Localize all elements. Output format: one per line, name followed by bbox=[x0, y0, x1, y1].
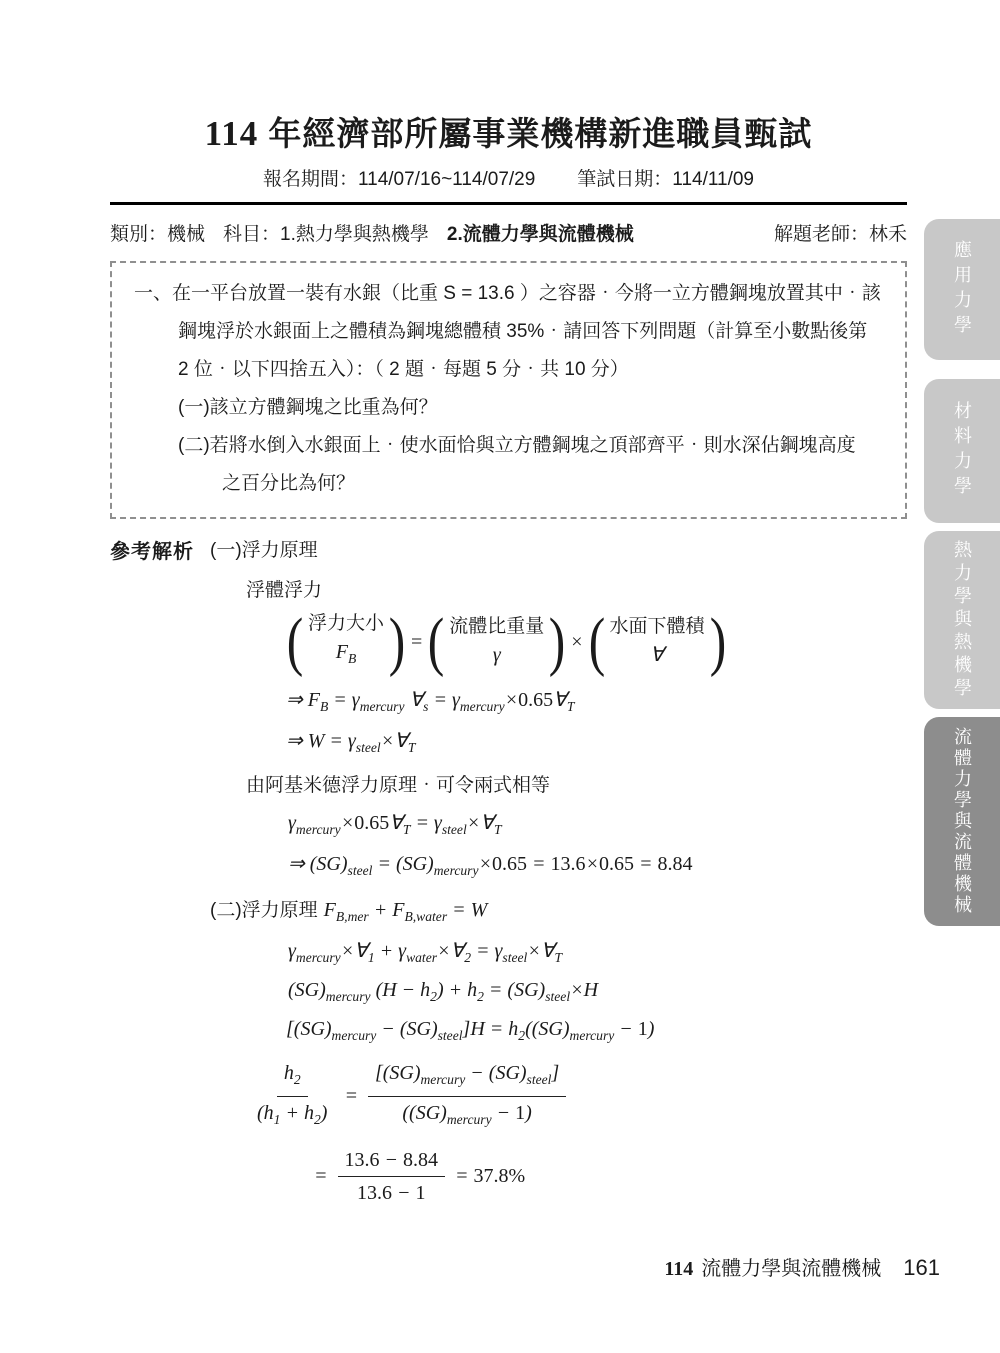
equation-sg-heights: (SG)mercury (H − h2) + h2 = (SG)steel×H bbox=[288, 979, 907, 1005]
numerator: 13.6 − 8.84 bbox=[338, 1147, 446, 1177]
registration-period: 報名期間：114/07/16~114/07/29 bbox=[263, 169, 535, 190]
denominator: 13.6 − 1 bbox=[350, 1177, 433, 1206]
right-paren: ) bbox=[549, 610, 565, 674]
title-text: 年經濟部所屬事業機構新進職員甄試 bbox=[268, 115, 812, 152]
denominator: ((SG)mercury − 1) bbox=[395, 1097, 538, 1133]
equals-sign: = bbox=[408, 631, 425, 654]
term-symbol: γ bbox=[493, 640, 501, 670]
page-title: 114 年經濟部所屬事業機構新進職員甄試 bbox=[110, 108, 907, 155]
equation-volumes: γmercury×∀1 + γwater×∀2 = γsteel×∀T bbox=[288, 938, 907, 966]
part2-heading-row: (二)浮力原理 FB,mer + FB,water = W bbox=[210, 895, 907, 925]
specific-weight-term: 流體比重量 γ bbox=[447, 614, 546, 670]
term-label: 水面下體積 bbox=[610, 614, 705, 640]
left-paren: ( bbox=[428, 610, 444, 674]
numerator: h2 bbox=[277, 1060, 308, 1097]
thumb-tab-applied-mechanics: 應用力學 bbox=[924, 219, 1000, 360]
term-symbol: FB bbox=[336, 637, 357, 674]
question-line: (二)若將水倒入水銀面上‧使水面恰與立方體鋼塊之頂部齊平‧則水深佔鋼塊高度 bbox=[134, 427, 885, 465]
question-line: 鋼塊浮於水銀面上之體積為鋼塊總體積 35%‧請回答下列問題（計算至小數點後第 bbox=[134, 313, 885, 351]
thumb-tab-material-mechanics: 材料力學 bbox=[924, 379, 1000, 523]
left-paren: ( bbox=[588, 610, 604, 674]
page-content: 114 年經濟部所屬事業機構新進職員甄試 報名期間：114/07/16~114/… bbox=[110, 0, 907, 1206]
equation-sg-result: ⇒ (SG)steel = (SG)mercury×0.65 = 13.6×0.… bbox=[288, 851, 907, 879]
part1-heading: (一)浮力原理 bbox=[210, 535, 907, 562]
footer-edition: 114 bbox=[664, 1258, 693, 1281]
right-paren: ) bbox=[709, 610, 725, 674]
numeric-fraction: 13.6 − 8.84 13.6 − 1 bbox=[338, 1147, 446, 1206]
equation-bracketed: [(SG)mercury − (SG)steel]H = h2((SG)merc… bbox=[286, 1018, 907, 1044]
book-page: 114 年經濟部所屬事業機構新進職員甄試 報名期間：114/07/16~114/… bbox=[0, 0, 1000, 1353]
denominator: (h1 + h2) bbox=[250, 1097, 334, 1133]
title-year: 114 bbox=[205, 114, 259, 153]
equation-weight: ⇒ W = γsteel×∀T bbox=[286, 728, 907, 756]
buoyancy-term: 浮力大小 FB bbox=[306, 611, 386, 674]
question-line: 一、在一平台放置一裝有水銀（比重 S = 13.6 ）之容器‧今將一立方體鋼塊放… bbox=[134, 275, 885, 313]
thumb-tab-fluid-mechanics-active: 流體力學與流體機械 bbox=[924, 717, 1000, 926]
left-paren: ( bbox=[287, 610, 303, 674]
rhs-fraction: [(SG)mercury − (SG)steel] ((SG)mercury −… bbox=[368, 1060, 566, 1133]
numerator: [(SG)mercury − (SG)steel] bbox=[368, 1060, 566, 1097]
equation-fb: ⇒ FB = γmercury ∀s = γmercury×0.65∀T bbox=[286, 687, 907, 715]
final-result-equation: = 13.6 − 8.84 13.6 − 1 = 37.8% bbox=[314, 1147, 907, 1206]
solution-body: (一)浮力原理 浮體浮力 ( 浮力大小 FB ) = ( 流體比重量 γ ) bbox=[210, 535, 907, 1206]
written-exam-date: 筆試日期：114/11/09 bbox=[577, 169, 754, 190]
header-divider bbox=[110, 202, 907, 205]
subject-1: 1.熱力學與熱機學 bbox=[280, 224, 429, 245]
question-box: 一、在一平台放置一裝有水銀（比重 S = 13.6 ）之容器‧今將一立方體鋼塊放… bbox=[110, 261, 907, 519]
ratio-equation: h2 (h1 + h2) = [(SG)mercury − (SG)steel]… bbox=[250, 1060, 907, 1133]
question-line: 之百分比為何？ bbox=[134, 465, 885, 503]
exam-dates-line: 報名期間：114/07/16~114/07/29筆試日期：114/11/09 bbox=[110, 164, 907, 191]
part2-heading: (二)浮力原理 bbox=[210, 895, 318, 922]
solution-label: 參考解析 bbox=[110, 535, 210, 1206]
buoyancy-definition-equation: ( 浮力大小 FB ) = ( 流體比重量 γ ) × ( bbox=[284, 610, 907, 674]
submerged-volume-term: 水面下體積 ∀ bbox=[608, 614, 707, 670]
exam-info-row: 類別：機械科目：1.熱力學與熱機學2.流體力學與流體機械 解題老師：林禾 bbox=[110, 219, 907, 246]
equals-sign: = bbox=[344, 1085, 358, 1108]
part2-heading-equation: FB,mer + FB,water = W bbox=[324, 899, 488, 925]
question-line: (一)該立方體鋼塊之比重為何？ bbox=[134, 389, 885, 427]
category-subject: 類別：機械科目：1.熱力學與熱機學2.流體力學與流體機械 bbox=[110, 219, 634, 246]
footer-section: 流體力學與流體機械 bbox=[701, 1252, 881, 1281]
page-footer: 114 流體力學與流體機械 161 bbox=[664, 1252, 940, 1281]
result-value: = 37.8% bbox=[455, 1165, 525, 1188]
page-number: 161 bbox=[903, 1255, 940, 1281]
subject-2: 2.流體力學與流體機械 bbox=[447, 224, 634, 245]
term-symbol: ∀ bbox=[650, 640, 664, 670]
term-label: 浮力大小 bbox=[308, 611, 384, 637]
term-label: 流體比重量 bbox=[449, 614, 544, 640]
category-label: 類別：機械 bbox=[110, 224, 205, 245]
solution-section: 參考解析 (一)浮力原理 浮體浮力 ( 浮力大小 FB ) = ( 流體比重量 bbox=[110, 535, 907, 1206]
times-sign: × bbox=[568, 631, 585, 654]
thumb-tab-thermodynamics: 熱力學與熱機學 bbox=[924, 531, 1000, 709]
solver-name: 解題老師：林禾 bbox=[774, 219, 907, 246]
equals-sign: = bbox=[314, 1165, 328, 1188]
subject-label: 科目： bbox=[223, 224, 280, 245]
equation-balance: γmercury×0.65∀T = γsteel×∀T bbox=[288, 810, 907, 838]
part1-subheading: 浮體浮力 bbox=[246, 575, 907, 602]
question-line: 2 位‧以下四捨五入）：（ 2 題‧每題 5 分‧共 10 分） bbox=[134, 351, 885, 389]
right-paren: ) bbox=[389, 610, 405, 674]
lhs-fraction: h2 (h1 + h2) bbox=[250, 1060, 334, 1133]
archimedes-note: 由阿基米德浮力原理‧可令兩式相等 bbox=[246, 770, 907, 797]
